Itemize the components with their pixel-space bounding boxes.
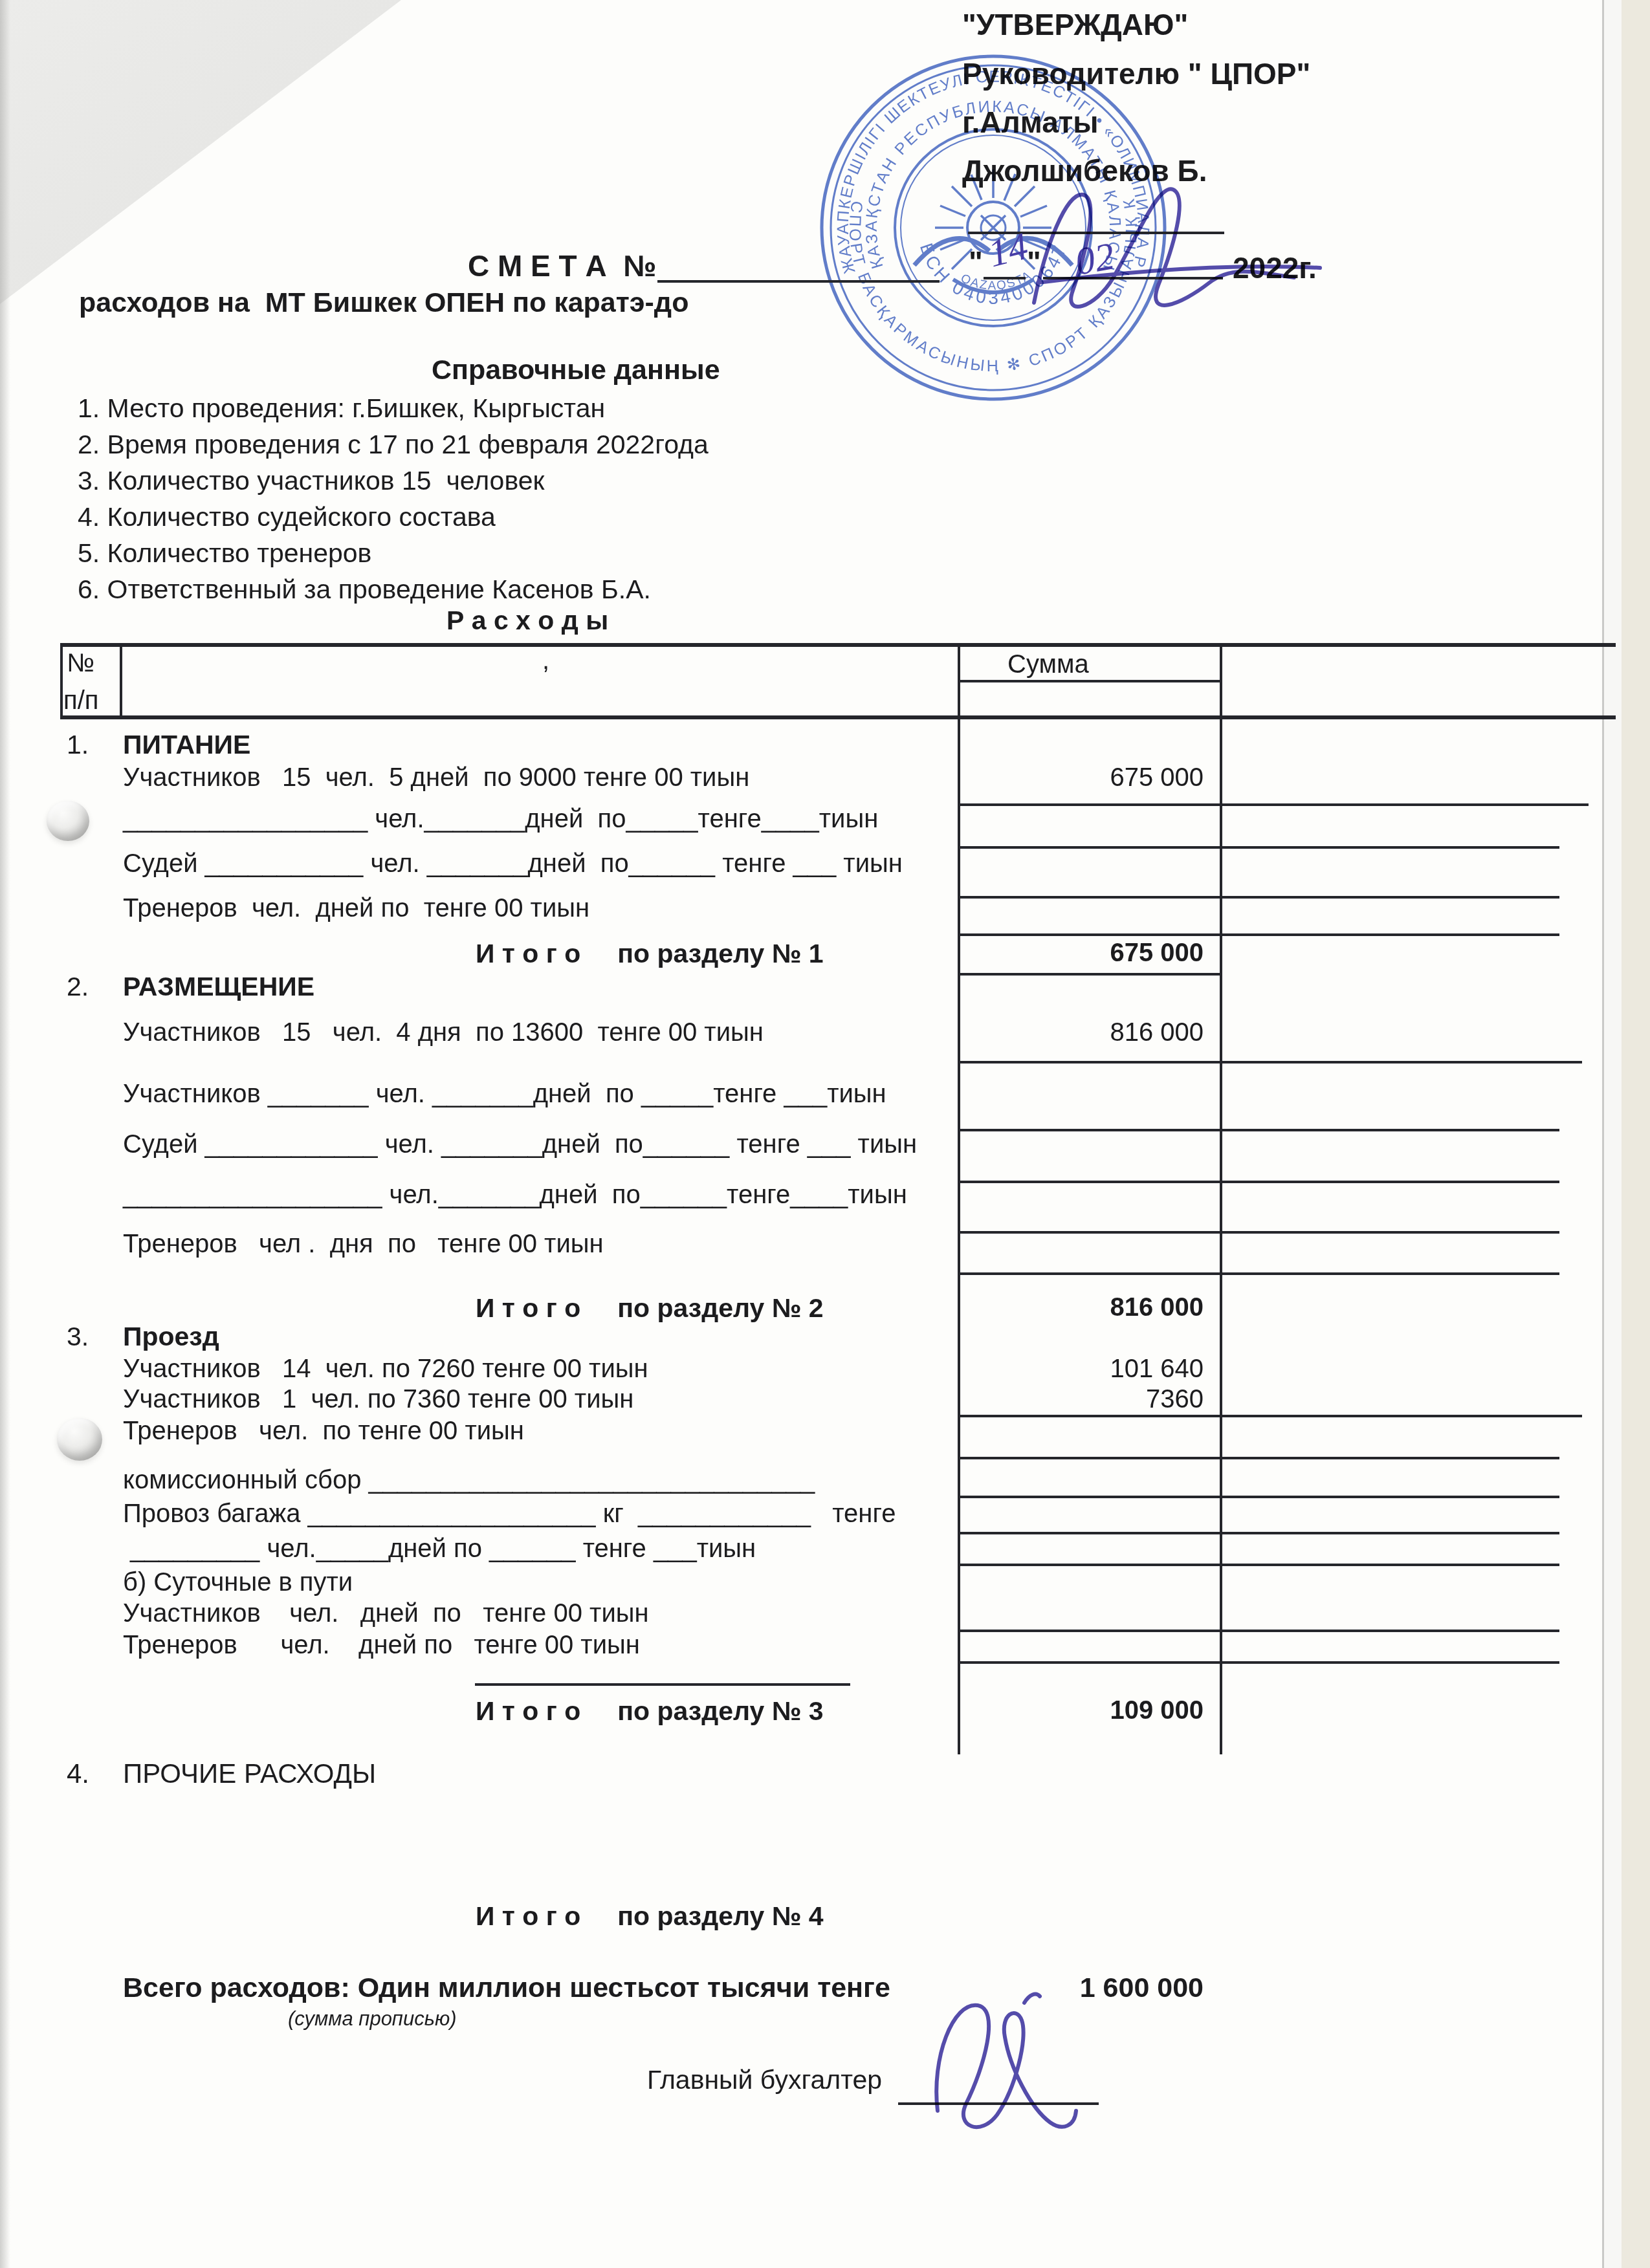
director-signature [1034, 189, 1294, 307]
scanned-document-page: "УТВЕРЖДАЮ" Руководителю " ЦПОР" г.Алмат… [0, 0, 1650, 2268]
accountant-signature [936, 2005, 1076, 2127]
signature-ink [0, 0, 1650, 2268]
accountant-signature-mark [1024, 1994, 1040, 2003]
